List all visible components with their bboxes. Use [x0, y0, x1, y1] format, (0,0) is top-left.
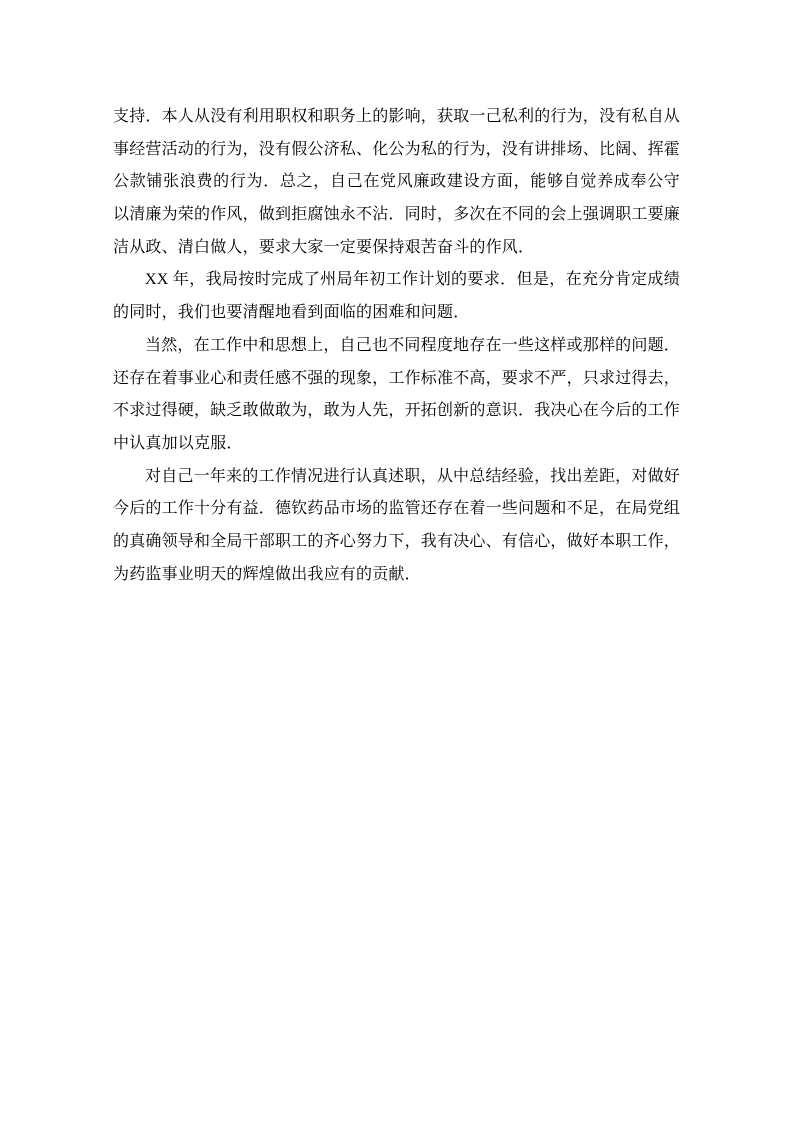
text-line: 当然，在工作中和思想上，自己也不同程度地存在一些这样或那样的问题．: [113, 330, 680, 363]
paragraph: XX 年，我局按时完成了州局年初工作计划的要求．但是，在充分肯定成绩 的同时，我…: [113, 264, 680, 329]
text-line: XX 年，我局按时完成了州局年初工作计划的要求．但是，在充分肯定成绩: [113, 264, 680, 297]
text-line: 洁从政、清白做人，要求大家一定要保持艰苦奋斗的作风．: [113, 232, 680, 265]
paragraph: 支持．本人从没有利用职权和职务上的影响，获取一己私利的行为，没有私自从 事经营活…: [113, 101, 680, 264]
text-line: 为药监事业明天的辉煌做出我应有的贡献．: [113, 559, 680, 592]
document-page: 支持．本人从没有利用职权和职务上的影响，获取一己私利的行为，没有私自从 事经营活…: [0, 0, 793, 1122]
paragraph: 对自己一年来的工作情况进行认真述职，从中总结经验，找出差距，对做好 今后的工作十…: [113, 461, 680, 592]
text-line: 公款铺张浪费的行为．总之，自己在党风廉政建设方面，能够自觉养成奉公守法，: [113, 166, 680, 199]
paragraph: 当然，在工作中和思想上，自己也不同程度地存在一些这样或那样的问题． 还存在着事业…: [113, 330, 680, 461]
text-line: 以清廉为荣的作风，做到拒腐蚀永不沾．同时，多次在不同的会上强调职工要廉: [113, 199, 680, 232]
text-line: 事经营活动的行为，没有假公济私、化公为私的行为，没有讲排场、比阔、挥霍: [113, 134, 680, 167]
text-line: 的同时，我们也要清醒地看到面临的困难和问题．: [113, 297, 680, 330]
text-line: 中认真加以克服．: [113, 428, 680, 461]
text-line: 还存在着事业心和责任感不强的现象，工作标准不高，要求不严，只求过得去，: [113, 363, 680, 396]
document-body: 支持．本人从没有利用职权和职务上的影响，获取一己私利的行为，没有私自从 事经营活…: [113, 101, 680, 591]
text-line: 对自己一年来的工作情况进行认真述职，从中总结经验，找出差距，对做好: [113, 461, 680, 494]
text-line: 不求过得硬，缺乏敢做敢为，敢为人先，开拓创新的意识．我决心在今后的工作: [113, 395, 680, 428]
text-line: 支持．本人从没有利用职权和职务上的影响，获取一己私利的行为，没有私自从: [113, 101, 680, 134]
text-line: 的真确领导和全局干部职工的齐心努力下，我有决心、有信心，做好本职工作，: [113, 526, 680, 559]
text-line: 今后的工作十分有益．德钦药品市场的监管还存在着一些问题和不足，在局党组: [113, 493, 680, 526]
